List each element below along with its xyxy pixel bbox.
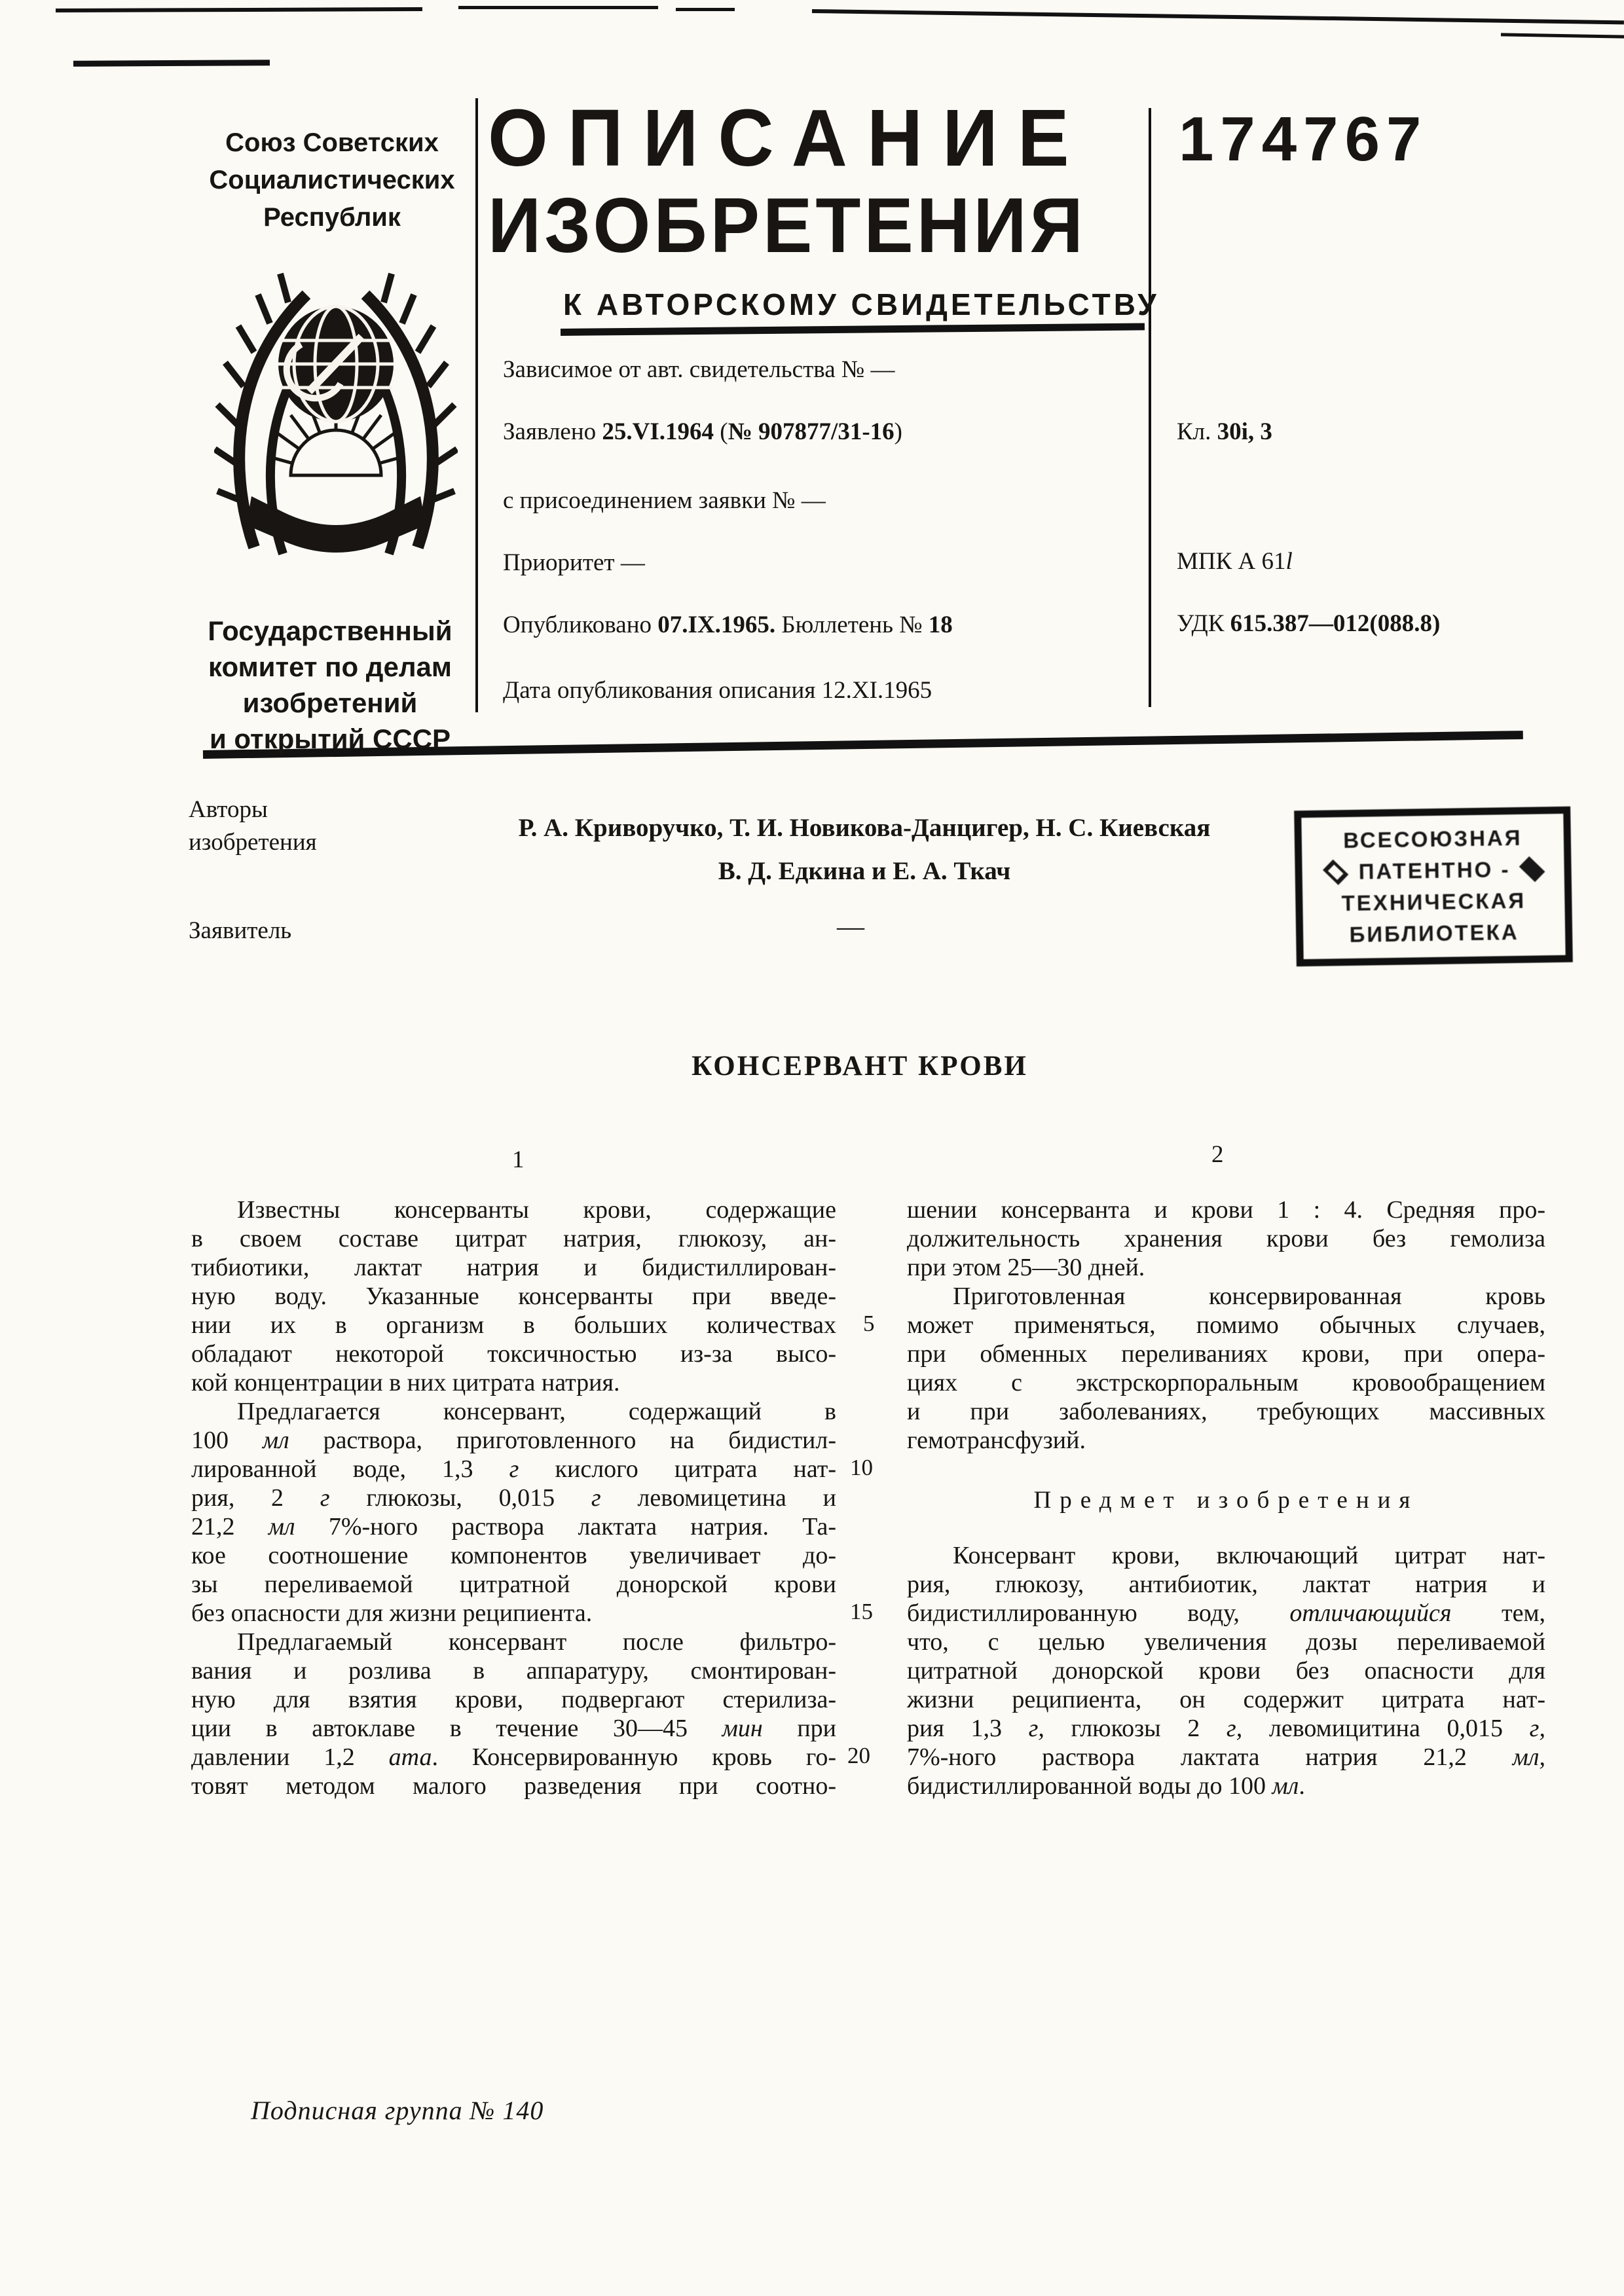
scan-artifact-line bbox=[1501, 33, 1624, 38]
author-names-line: Р. А. Криворучко, Т. И. Новикова-Данциге… bbox=[354, 807, 1375, 850]
text-line: Предлагаемый консервант после фильтро- bbox=[191, 1628, 836, 1656]
text-line: что, с целью увеличения дозы переливаемо… bbox=[907, 1628, 1545, 1656]
stamp-line: ПАТЕНТНО - bbox=[1325, 853, 1540, 888]
column-number: 1 bbox=[512, 1146, 525, 1174]
text-line: зы переливаемой цитратной донорской кров… bbox=[191, 1570, 836, 1599]
diamond-outline-icon bbox=[1323, 860, 1348, 885]
subscription-group: Подписная группа № 140 bbox=[251, 2095, 544, 2126]
document-type-title: ИЗОБРЕТЕНИЯ bbox=[488, 187, 1086, 264]
text-line: Известны консерванты крови, содержащие bbox=[191, 1195, 836, 1224]
column-divider-line bbox=[1149, 108, 1151, 707]
body-column-right: шении консерванта и крови 1 : 4. Средняя… bbox=[907, 1195, 1545, 1455]
stamp-line: ВСЕСОЮЗНАЯ bbox=[1343, 822, 1522, 856]
text-line: шении консерванта и крови 1 : 4. Средняя… bbox=[907, 1195, 1545, 1224]
scan-artifact-line bbox=[458, 6, 658, 9]
scan-artifact-line bbox=[676, 8, 735, 11]
text-line: ную воду. Указанные консерванты при введ… bbox=[191, 1282, 836, 1311]
applicant-value: — bbox=[837, 911, 864, 943]
text-line: ции в автоклаве в течение 30—45 мин при bbox=[191, 1714, 836, 1743]
claim-column: Консервант крови, включающий цитрат нат-… bbox=[907, 1541, 1545, 1800]
text-line: лированной воде, 1,3 г кислого цитрата н… bbox=[191, 1455, 836, 1484]
text-line: циях с экстрскорпоральным кровообращение… bbox=[907, 1368, 1545, 1397]
applicant-label: Заявитель bbox=[189, 917, 291, 945]
field-priority: Приоритет — bbox=[503, 549, 645, 577]
text-line: гемотрансфузий. bbox=[907, 1426, 1545, 1455]
scan-artifact-line bbox=[73, 60, 270, 67]
classification-udk: УДК 615.387—012(088.8) bbox=[1177, 610, 1440, 638]
union-name: Союз Советских Социалистических Республи… bbox=[185, 124, 479, 236]
text-line: Предлагается консервант, содержащий в bbox=[191, 1397, 836, 1426]
subtitle-underline bbox=[561, 323, 1145, 336]
text-line: рия, глюкозу, антибиотик, лактат натрия … bbox=[907, 1570, 1545, 1599]
text-line: кое соотношение компонентов увеличивает … bbox=[191, 1541, 836, 1570]
scan-artifact-line bbox=[56, 7, 422, 12]
margin-line-number: 15 bbox=[850, 1599, 873, 1625]
text-line: Приготовленная консервированная кровь bbox=[907, 1282, 1545, 1311]
text-line: рия 1,3 г, глюкозы 2 г, левомицитина 0,0… bbox=[907, 1714, 1545, 1743]
committee-line: и открытий СССР bbox=[182, 721, 478, 757]
text-line: может применяться, помимо обычных случае… bbox=[907, 1311, 1545, 1339]
committee-name: Государственный комитет по делам изобрет… bbox=[182, 613, 478, 757]
stamp-line: ТЕХНИЧЕСКАЯ bbox=[1341, 885, 1526, 919]
text-line: нии их в организм в больших количествах bbox=[191, 1311, 836, 1339]
stamp-line: БИБЛИОТЕКА bbox=[1349, 917, 1519, 951]
text-line: бидистиллированной воды до 100 мл. bbox=[907, 1772, 1545, 1800]
margin-line-number: 20 bbox=[847, 1743, 870, 1769]
library-stamp: ВСЕСОЮЗНАЯ ПАТЕНТНО - ТЕХНИЧЕСКАЯ БИБЛИО… bbox=[1294, 807, 1573, 967]
text-line: и при заболеваниях, требующих массивных bbox=[907, 1397, 1545, 1426]
committee-line: изобретений bbox=[182, 685, 478, 721]
author-names-line: В. Д. Едкина и Е. А. Ткач bbox=[354, 850, 1375, 893]
patent-number: 174767 bbox=[1179, 103, 1428, 175]
patent-document-page: Союз Советских Социалистических Республи… bbox=[0, 0, 1624, 2296]
text-line: 7%-ного раствора лактата натрия 21,2 мл, bbox=[907, 1743, 1545, 1772]
diamond-filled-icon bbox=[1519, 856, 1545, 882]
text-line: должительность хранения крови без гемоли… bbox=[907, 1224, 1545, 1253]
text-line: товят методом малого разведения при соот… bbox=[191, 1772, 836, 1800]
union-name-line: Союз Советских bbox=[185, 124, 479, 162]
text-line: ную для взятия крови, подвергают стерили… bbox=[191, 1685, 836, 1714]
text-line: без опасности для жизни реципиента. bbox=[191, 1599, 836, 1628]
field-description-date: Дата опубликования описания 12.XI.1965 bbox=[503, 676, 932, 704]
stamp-line-text: ПАТЕНТНО - bbox=[1358, 854, 1510, 888]
invention-title: КОНСЕРВАНТ КРОВИ bbox=[523, 1050, 1197, 1082]
text-line: 21,2 мл 7%-ного раствора лактата натрия.… bbox=[191, 1512, 836, 1541]
margin-line-number: 10 bbox=[850, 1455, 873, 1481]
authors-label: Авторы изобретения bbox=[189, 793, 317, 859]
author-names: Р. А. Криворучко, Т. И. Новикова-Данциге… bbox=[354, 807, 1375, 893]
text-line: при обменных переливаниях крови, при опе… bbox=[907, 1339, 1545, 1368]
committee-line: комитет по делам bbox=[182, 649, 478, 685]
classification-kl: Кл. 30i, 3 bbox=[1177, 418, 1272, 446]
text-line: кой концентрации в них цитрата натрия. bbox=[191, 1368, 836, 1397]
claim-heading: Предмет изобретения bbox=[907, 1486, 1545, 1514]
authors-label-line: Авторы bbox=[189, 793, 317, 826]
classification-mpk: МПК А 61l bbox=[1177, 547, 1293, 575]
text-line: Консервант крови, включающий цитрат нат- bbox=[907, 1541, 1545, 1570]
text-line: бидистиллированную воду, отличающийся те… bbox=[907, 1599, 1545, 1628]
margin-line-number: 5 bbox=[863, 1311, 875, 1337]
column-number: 2 bbox=[1211, 1140, 1224, 1169]
ussr-coat-of-arms-icon bbox=[214, 240, 458, 593]
text-line: обладают некоторой токсичностью из-за вы… bbox=[191, 1339, 836, 1368]
field-dependent-certificate: Зависимое от авт. свидетельства № — bbox=[503, 355, 895, 384]
field-published: Опубликовано 07.IX.1965. Бюллетень № 18 bbox=[503, 611, 953, 639]
document-type-title: ОПИСАНИЕ bbox=[488, 98, 1089, 179]
union-name-line: Социалистических bbox=[185, 162, 479, 199]
authors-label-line: изобретения bbox=[189, 826, 317, 859]
text-line: в своем составе цитрат натрия, глюкозу, … bbox=[191, 1224, 836, 1253]
union-name-line: Республик bbox=[185, 199, 479, 236]
field-joined-application: с присоединением заявки № — bbox=[503, 486, 826, 515]
body-column-left: Известны консерванты крови, содержащиев … bbox=[191, 1195, 836, 1800]
text-line: давлении 1,2 ата. Консервированную кровь… bbox=[191, 1743, 836, 1772]
text-line: рия, 2 г глюкозы, 0,015 г левомицетина и bbox=[191, 1484, 836, 1512]
text-line: вания и розлива в аппаратуру, смонтирова… bbox=[191, 1656, 836, 1685]
text-line: тибиотики, лактат натрия и бидистиллиров… bbox=[191, 1253, 836, 1282]
field-filing-date: Заявлено 25.VI.1964 (№ 907877/31-16) bbox=[503, 418, 902, 446]
text-line: при этом 25—30 дней. bbox=[907, 1253, 1545, 1282]
text-line: 100 мл раствора, приготовленного на биди… bbox=[191, 1426, 836, 1455]
text-line: цитратной донорской крови без опасности … bbox=[907, 1656, 1545, 1685]
scan-artifact-line bbox=[812, 9, 1624, 24]
document-subtitle: К АВТОРСКОМУ СВИДЕТЕЛЬСТВУ bbox=[563, 287, 1160, 322]
text-line: жизни реципиента, он содержит цитрата на… bbox=[907, 1685, 1545, 1714]
committee-line: Государственный bbox=[182, 613, 478, 649]
